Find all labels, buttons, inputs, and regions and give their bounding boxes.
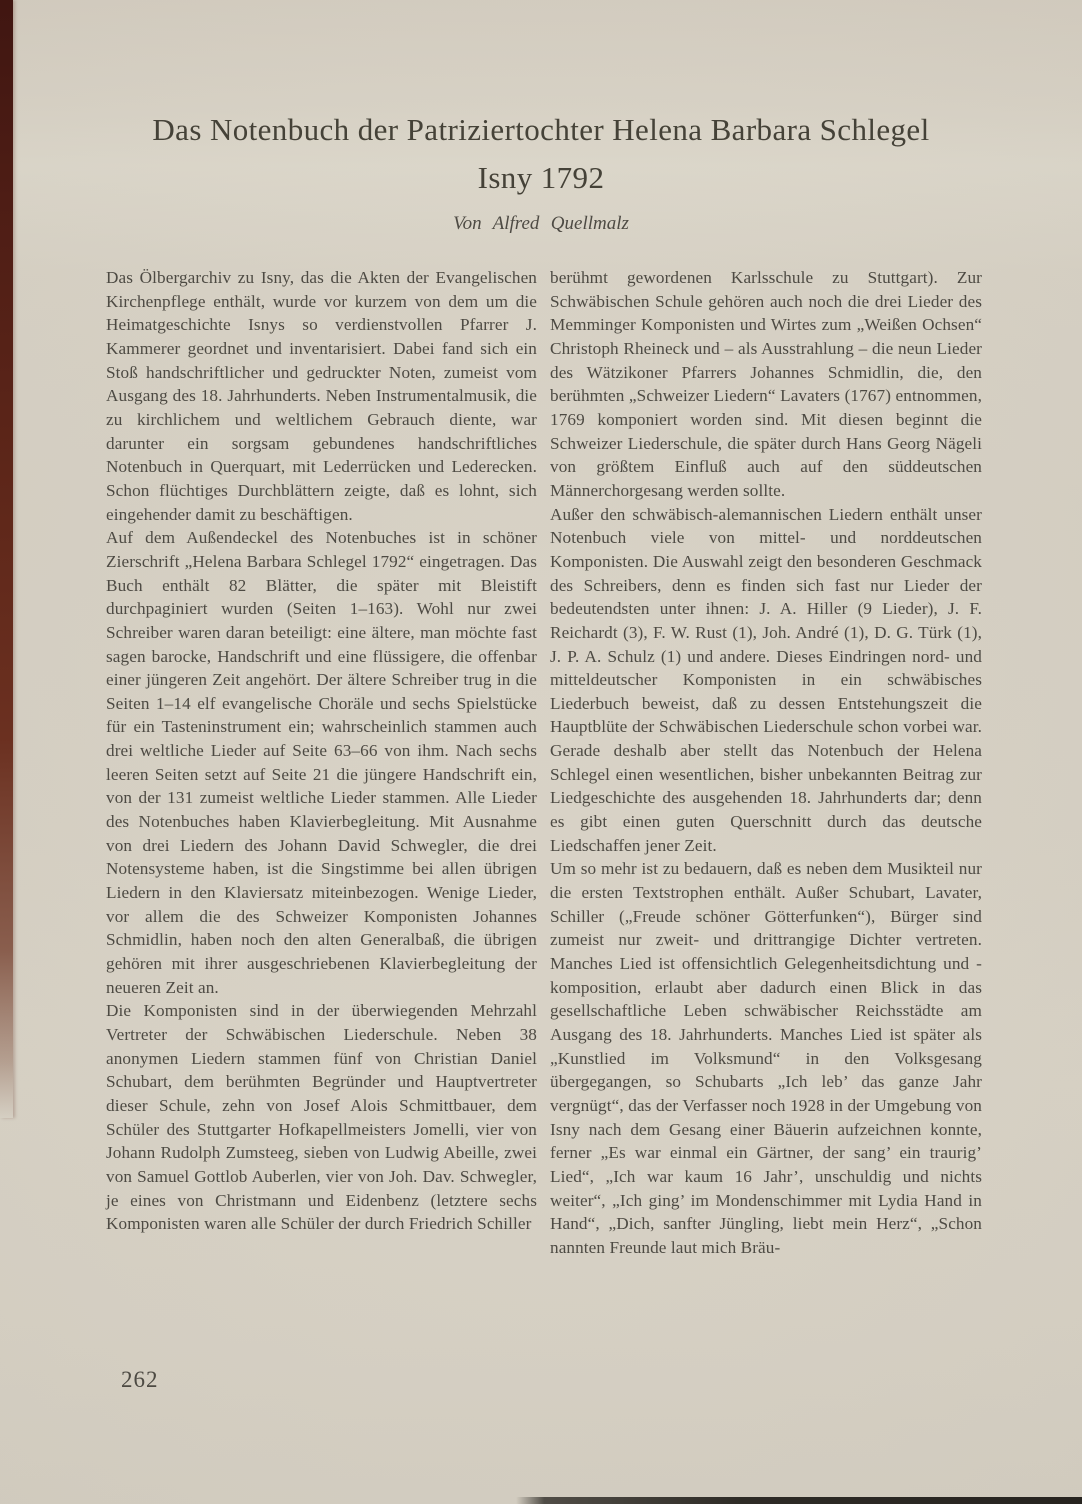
paragraph: berühmt gewordenen Karlsschule zu Stuttg…: [550, 266, 982, 503]
paragraph: Um so mehr ist zu bedauern, daß es neben…: [550, 857, 982, 1259]
article-title: Das Notenbuch der Patriziertochter Helen…: [0, 106, 1082, 202]
paragraph: Das Ölbergarchiv zu Isny, das die Akten …: [106, 266, 537, 526]
article-byline: Von Alfred Quellmalz: [0, 213, 1082, 235]
paragraph: Die Komponisten sind in der überwiegende…: [106, 999, 537, 1236]
paragraph: Auf dem Außendeckel des Notenbuches ist …: [106, 526, 537, 999]
article-title-line1: Das Notenbuch der Patriziertochter Helen…: [0, 106, 1082, 154]
page-number: 262: [121, 1367, 159, 1393]
article-title-line2: Isny 1792: [0, 154, 1082, 202]
paragraph: Außer den schwäbisch-alemannischen Liede…: [550, 503, 982, 858]
text-column-right: berühmt gewordenen Karlsschule zu Stuttg…: [550, 266, 982, 1260]
text-column-left: Das Ölbergarchiv zu Isny, das die Akten …: [106, 266, 537, 1236]
scan-edge-artifact-bottom: [516, 1497, 1082, 1504]
scanned-page: Das Notenbuch der Patriziertochter Helen…: [0, 0, 1082, 1504]
